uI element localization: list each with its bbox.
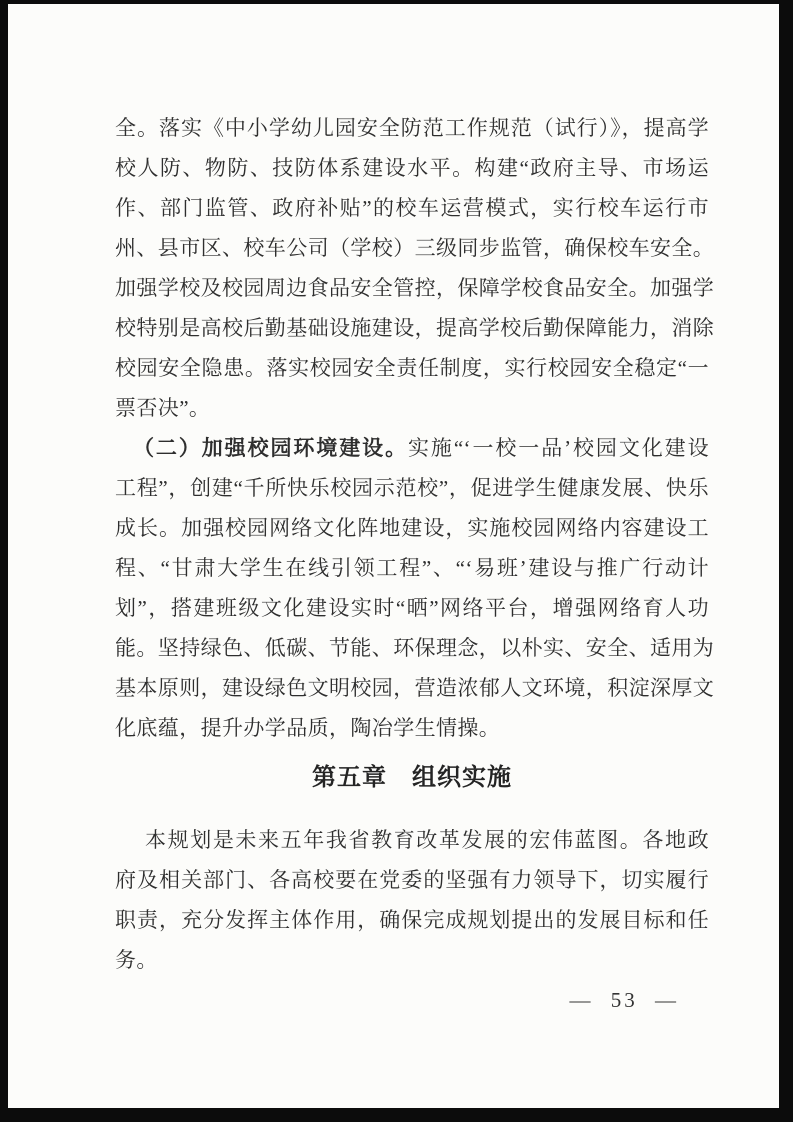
paragraph2-line: 能。坚持绿色、低碳、节能、环保理念，以朴实、安全、适用为	[115, 628, 709, 668]
paragraph3-line: 职责，充分发挥主体作用，确保完成规划提出的发展目标和任	[115, 900, 709, 940]
paragraph1-line: 全。落实《中小学幼儿园安全防范工作规范（试行）》，提高学	[115, 108, 709, 148]
paragraph1-line: 校园安全隐患。落实校园安全责任制度，实行校园安全稳定“一	[115, 348, 709, 388]
paragraph2-line: （二）加强校园环境建设。实施“‘一校一品’校园文化建设	[115, 428, 709, 468]
paragraph3-line: 府及相关部门、各高校要在党委的坚强有力领导下，切实履行	[115, 860, 709, 900]
document-page: 全。落实《中小学幼儿园安全防范工作规范（试行）》，提高学 校人防、物防、技防体系…	[8, 4, 779, 1108]
paragraph2-line: 化底蕴，提升办学品质，陶冶学生情操。	[115, 708, 709, 748]
chapter-heading: 第五章 组织实施	[115, 758, 709, 798]
paragraph1-line: 校特别是高校后勤基础设施建设，提高学校后勤保障能力，消除	[115, 308, 709, 348]
paragraph3-line: 务。	[115, 940, 709, 980]
page-number: — 53 —	[115, 986, 709, 1014]
text-column: 全。落实《中小学幼儿园安全防范工作规范（试行）》，提高学 校人防、物防、技防体系…	[115, 108, 709, 1014]
paragraph1-line: 票否决”。	[115, 388, 709, 428]
paragraph2-line: 基本原则，建设绿色文明校园，营造浓郁人文环境，积淀深厚文	[115, 668, 709, 708]
section-2-lead: （二）加强校园环境建设。	[133, 436, 408, 460]
paragraph1-line: 州、县市区、校车公司（学校）三级同步监管，确保校车安全。	[115, 228, 709, 268]
paragraph2-line-text: 实施“‘一校一品’校园文化建设	[408, 436, 709, 460]
paragraph1-line: 作、部门监管、政府补贴”的校车运营模式，实行校车运行市	[115, 188, 709, 228]
scan-background: 全。落实《中小学幼儿园安全防范工作规范（试行）》，提高学 校人防、物防、技防体系…	[0, 0, 793, 1122]
paragraph1-line: 加强学校及校园周边食品安全管控，保障学校食品安全。加强学	[115, 268, 709, 308]
paragraph2-line: 程、“甘肃大学生在线引领工程”、“‘易班’建设与推广行动计	[115, 548, 709, 588]
paragraph2-line: 划”，搭建班级文化建设实时“晒”网络平台，增强网络育人功	[115, 588, 709, 628]
paragraph1-line: 校人防、物防、技防体系建设水平。构建“政府主导、市场运	[115, 148, 709, 188]
paragraph2-line: 工程”，创建“千所快乐校园示范校”，促进学生健康发展、快乐	[115, 468, 709, 508]
paragraph3-line: 本规划是未来五年我省教育改革发展的宏伟蓝图。各地政	[115, 820, 709, 860]
paragraph2-line: 成长。加强校园网络文化阵地建设，实施校园网络内容建设工	[115, 508, 709, 548]
